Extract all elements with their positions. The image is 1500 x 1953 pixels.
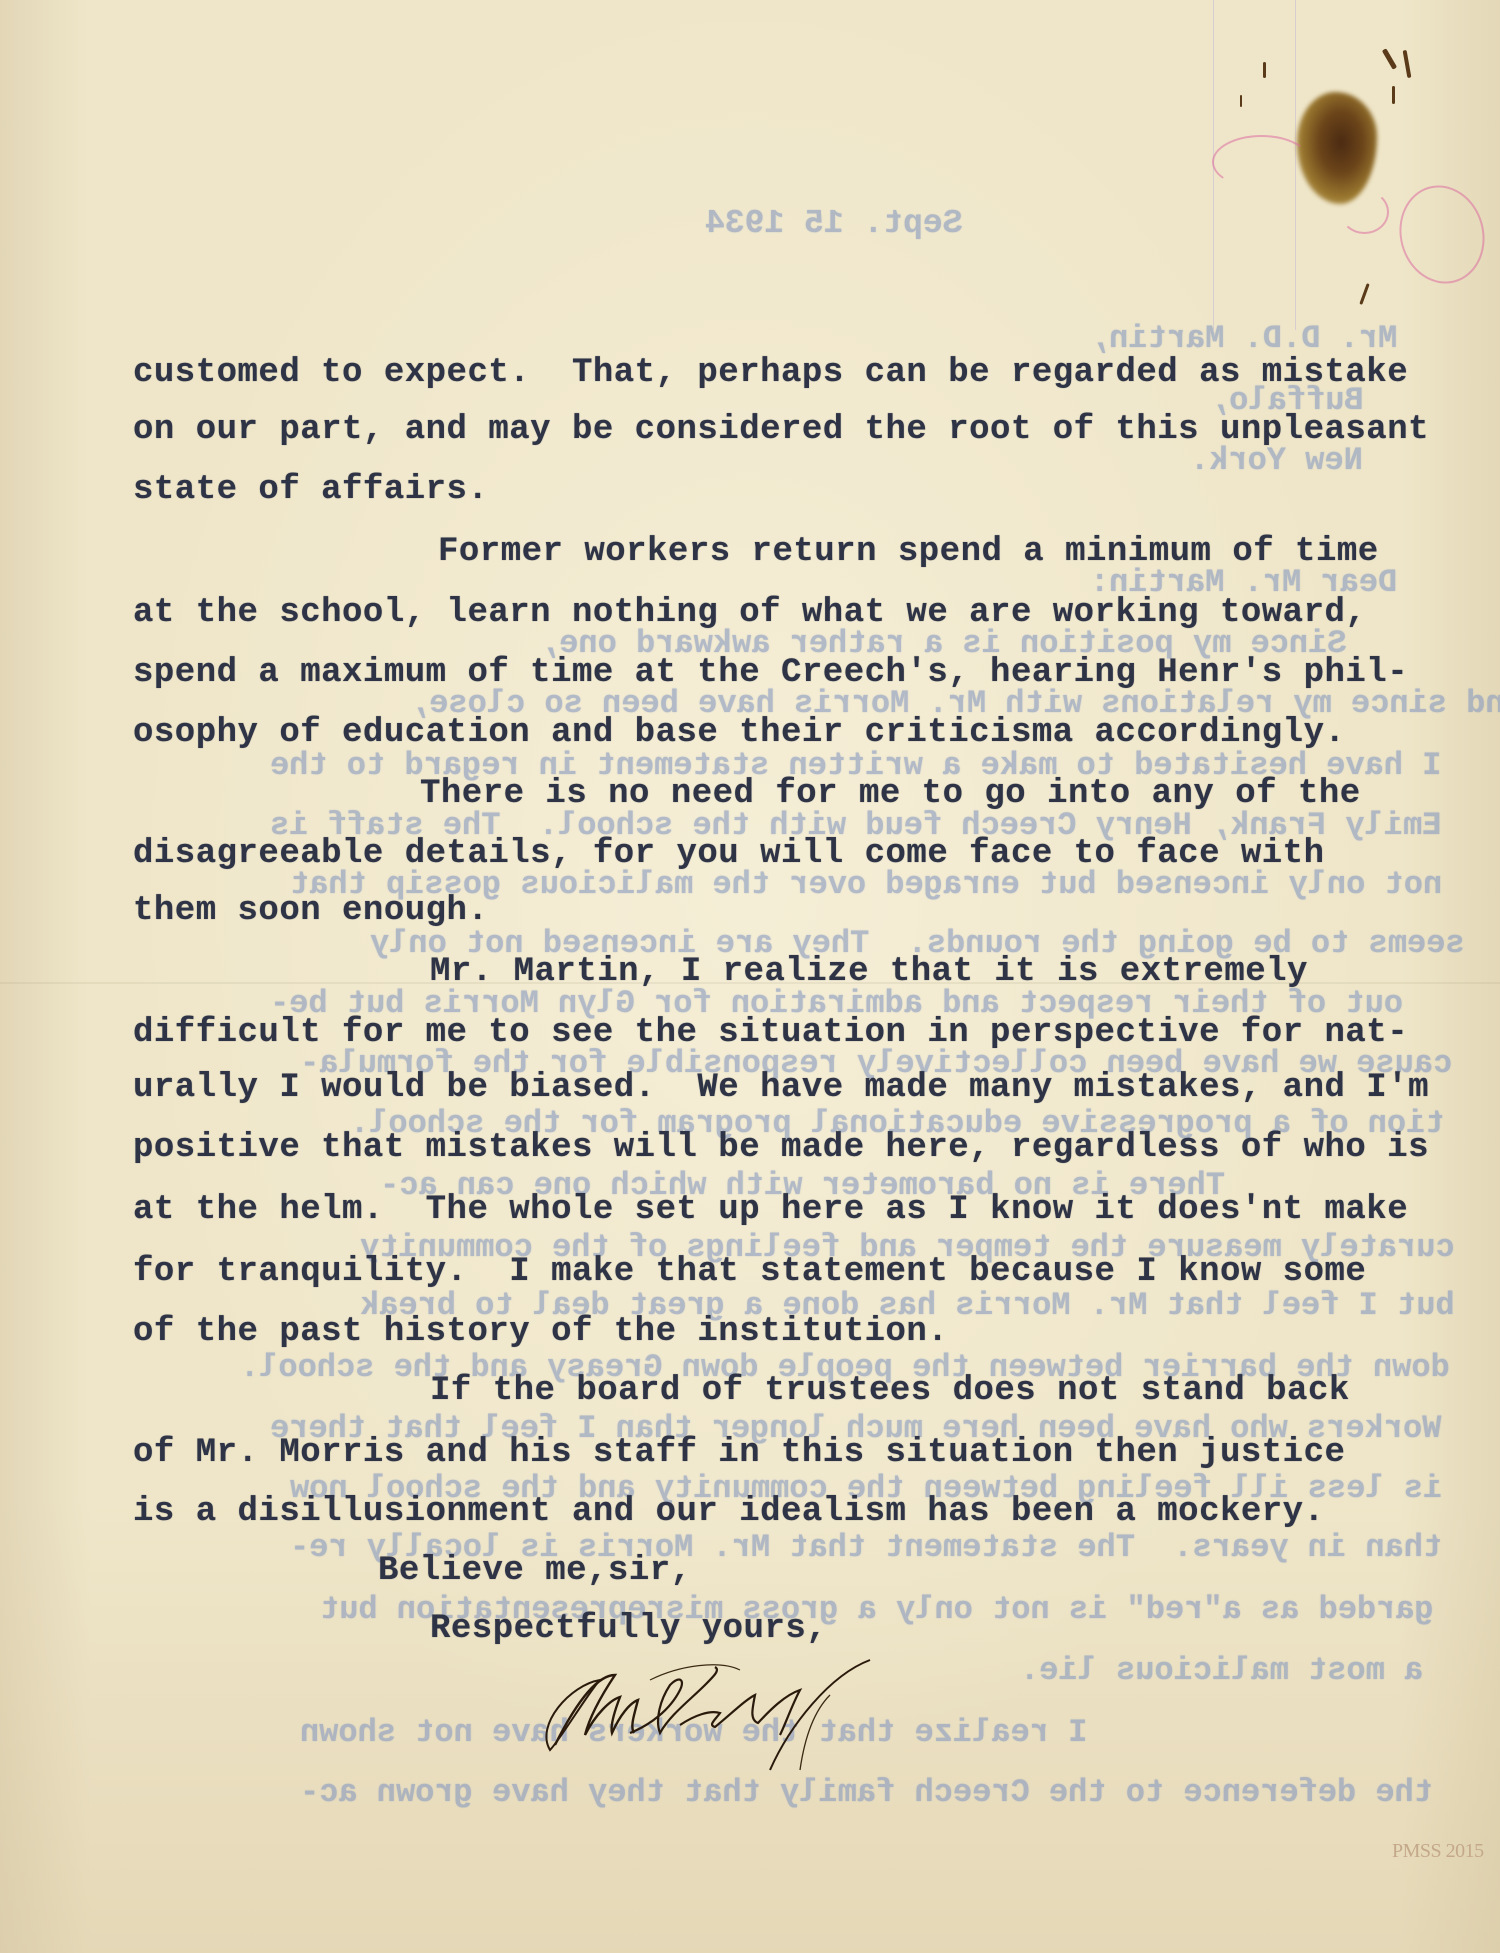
rust-stain xyxy=(1297,92,1377,204)
typed-line: There is no need for me to go into any o… xyxy=(420,777,1361,811)
typed-line: disagreeable details, for you will come … xyxy=(133,837,1325,871)
pencil-mark xyxy=(1212,135,1311,189)
handwritten-signature xyxy=(530,1655,910,1825)
pencil-mark xyxy=(1340,190,1389,234)
typed-line: for tranquility. I make that statement b… xyxy=(133,1255,1366,1289)
bleedthrough-line: Mr. D.D. Martin, xyxy=(1090,323,1397,355)
typed-line: positive that mistakes will be made here… xyxy=(133,1131,1429,1165)
bleedthrough-line: a most malicious lie. xyxy=(1020,1655,1423,1687)
typed-line: Mr. Martin, I realize that it is extreme… xyxy=(430,955,1308,989)
typed-line: urally I would be biased. We have made m… xyxy=(133,1071,1429,1105)
bleedthrough-line: New York. xyxy=(1190,445,1363,477)
closing-line: Believe me,sir, xyxy=(378,1554,692,1588)
typed-line: osophy of education and base their criti… xyxy=(133,716,1345,750)
typed-line: is a disillusionment and our idealism ha… xyxy=(133,1495,1325,1529)
typed-line: them soon enough. xyxy=(133,894,488,928)
ink-speck xyxy=(1240,95,1242,107)
typed-line: customed to expect. That, perhaps can be… xyxy=(133,356,1408,390)
typed-line: on our part, and may be considered the r… xyxy=(133,413,1429,447)
ink-speck xyxy=(1263,62,1266,78)
ink-speck xyxy=(1403,50,1412,78)
ink-speck xyxy=(1392,86,1395,104)
letter-page: Sept. 15 1934 Mr. D.D. Martin,Buffalo,Ne… xyxy=(0,0,1500,1953)
typed-line: at the school, learn nothing of what we … xyxy=(133,596,1366,630)
typed-line: difficult for me to see the situation in… xyxy=(133,1016,1408,1050)
pencil-mark xyxy=(1389,176,1496,293)
ink-speck xyxy=(1382,48,1397,70)
typed-line: If the board of trustees does not stand … xyxy=(430,1374,1350,1408)
typed-line: spend a maximum of time at the Creech's,… xyxy=(133,656,1408,690)
ink-speck xyxy=(1359,283,1369,305)
typed-line: of Mr. Morris and his staff in this situ… xyxy=(133,1436,1345,1470)
typed-line: state of affairs. xyxy=(133,473,488,507)
date-bleedthrough: Sept. 15 1934 xyxy=(705,207,962,240)
archive-watermark: PMSS 2015 xyxy=(1392,1840,1484,1863)
typed-line: of the past history of the institution. xyxy=(133,1315,948,1349)
typed-line: Former workers return spend a minimum of… xyxy=(438,535,1379,569)
closing-line: Respectfully yours, xyxy=(430,1612,827,1646)
typed-line: at the helm. The whole set up here as I … xyxy=(133,1193,1408,1227)
